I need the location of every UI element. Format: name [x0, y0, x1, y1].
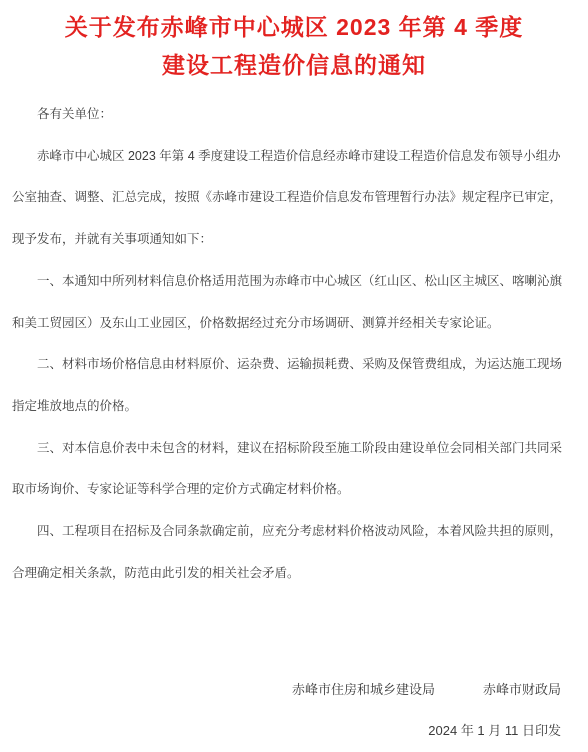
notice-document: 关于发布赤峰市中心城区 2023 年第 4 季度 建设工程造价信息的通知 各有关… — [0, 0, 588, 752]
body-line: 和美工贸园区）及东山工业园区，价格数据经过充分市场调研、测算并经相关专家论证。 — [0, 303, 588, 345]
body-line: 取市场询价、专家论证等科学合理的定价方式确定材料价格。 — [0, 469, 588, 511]
body-line: 合理确定相关条款，防范由此引发的相关社会矛盾。 — [0, 553, 588, 595]
body-line: 各有关单位： — [0, 94, 588, 136]
body-line: 赤峰市中心城区 2023 年第 4 季度建设工程造价信息经赤峰市建设工程造价信息… — [0, 136, 588, 178]
body-line: 四、工程项目在招标及合同条款确定前，应充分考虑材料价格波动风险，本着风险共担的原… — [0, 511, 588, 553]
print-date-line: 2024 年 1 月 11 日印发 — [0, 721, 588, 741]
signature-row: 赤峰市住房和城乡建设局 赤峰市财政局 — [0, 680, 588, 700]
title-line-2: 建设工程造价信息的通知 — [0, 46, 588, 84]
body-line: 指定堆放地点的价格。 — [0, 386, 588, 428]
signature-issuer-finance-bureau: 赤峰市财政局 — [483, 680, 561, 700]
body-line: 现予发布，并就有关事项通知如下： — [0, 219, 588, 261]
notice-title: 关于发布赤峰市中心城区 2023 年第 4 季度 建设工程造价信息的通知 — [0, 0, 588, 84]
body-line: 三、对本信息价表中未包含的材料，建议在招标阶段至施工阶段由建设单位会同相关部门共… — [0, 428, 588, 470]
signature-issuer-housing-bureau: 赤峰市住房和城乡建设局 — [292, 680, 435, 700]
title-line-1: 关于发布赤峰市中心城区 2023 年第 4 季度 — [0, 8, 588, 46]
body-line: 公室抽查、调整、汇总完成，按照《赤峰市建设工程造价信息发布管理暂行办法》规定程序… — [0, 177, 588, 219]
body-line: 一、本通知中所列材料信息价格适用范围为赤峰市中心城区（红山区、松山区主城区、喀喇… — [0, 261, 588, 303]
body-line: 二、材料市场价格信息由材料原价、运杂费、运输损耗费、采购及保管费组成，为运达施工… — [0, 344, 588, 386]
notice-body: 各有关单位：赤峰市中心城区 2023 年第 4 季度建设工程造价信息经赤峰市建设… — [0, 94, 588, 594]
